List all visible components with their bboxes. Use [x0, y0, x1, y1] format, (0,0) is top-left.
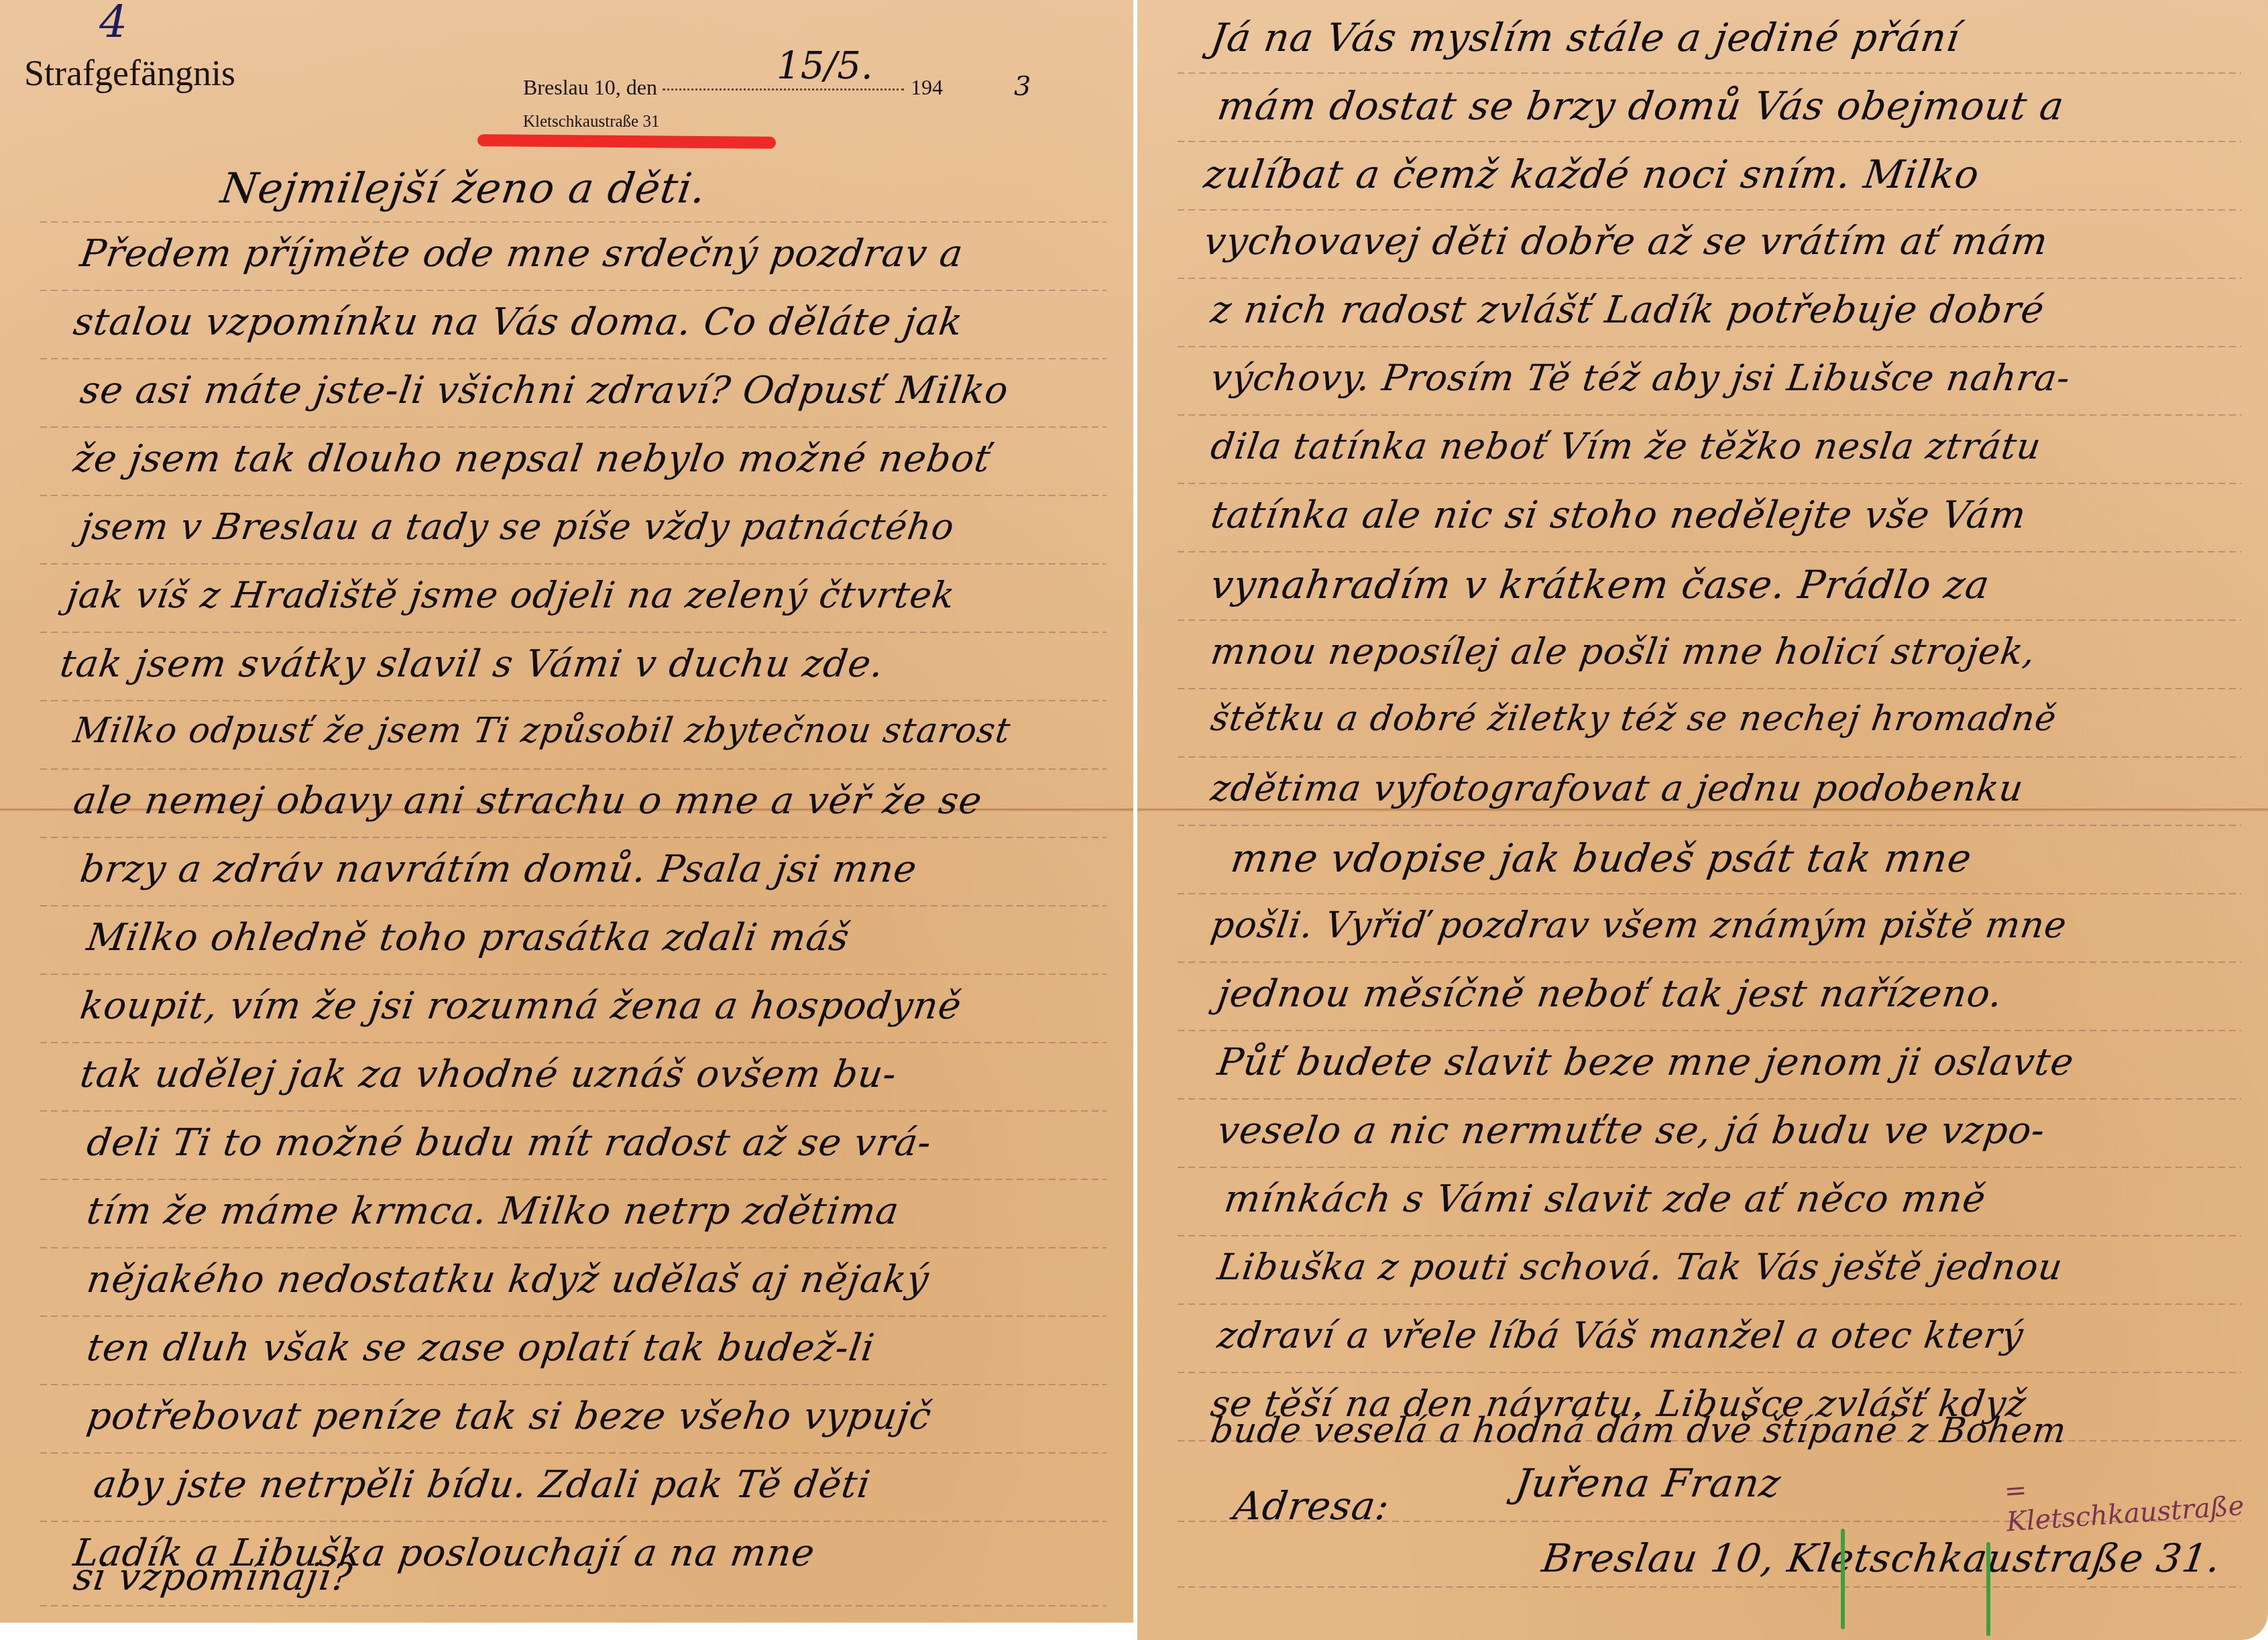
ruled-line — [1178, 141, 2241, 142]
ruled-line — [1178, 756, 2241, 758]
ruled-line — [1178, 1098, 2241, 1100]
text-line: štětku a dobré žiletky též se nechej hro… — [1208, 699, 2059, 739]
ruled-line — [40, 1521, 1107, 1522]
ruled-line — [40, 1179, 1107, 1180]
text-line: zulíbat a čemž každé noci sním. Milko — [1201, 152, 1982, 197]
ruled-line — [1178, 825, 2241, 826]
ruled-line — [1178, 961, 2241, 963]
year-printed: 194 — [911, 75, 943, 99]
ruled-line — [40, 1247, 1107, 1248]
handwritten-year-digit: 3 — [1014, 71, 1031, 102]
ruled-line — [1178, 620, 2241, 621]
text-line: veselo a nic nermuťte se, já budu ve vzp… — [1214, 1109, 2048, 1153]
ruled-line — [1178, 414, 2241, 416]
text-line: ten dluh však se zase oplatí tak budež-l… — [84, 1326, 877, 1370]
ruled-line — [1178, 278, 2241, 279]
text-line: vychovavej děti dobře až se vrátím ať má… — [1201, 220, 2051, 263]
ruled-line — [40, 1315, 1107, 1317]
text-line: tím že máme krmca. Milko netrp zdětima — [84, 1189, 902, 1233]
ruled-line — [40, 1110, 1107, 1112]
text-line: se asi máte jste-li všichni zdraví? Odpu… — [77, 369, 1011, 412]
page-number: 4 — [99, 0, 127, 48]
ruled-line — [40, 905, 1107, 906]
text-line: tak udělej jak za vhodné uznáš ovšem bu- — [77, 1053, 899, 1096]
ruled-line — [1178, 893, 2241, 894]
text-line: výchovy. Prosím Tě též aby jsi Libušce n… — [1208, 357, 2074, 399]
handwritten-date: 15/5. — [777, 44, 873, 88]
text-line: jednou měsíčně neboť tak jest nařízeno. — [1214, 972, 2005, 1016]
text-line: Předem příjměte ode mne srdečný pozdrav … — [77, 232, 966, 276]
ruled-line — [1178, 1372, 2241, 1373]
ruled-line — [1178, 1235, 2241, 1236]
ruled-line — [1178, 1030, 2241, 1031]
text-line: dila tatínka neboť Vím že těžko nesla zt… — [1208, 425, 2044, 467]
text-line: Milko odpusť že jsem Ti způsobil zbytečn… — [71, 711, 1013, 751]
text-line: aby jste netrpěli bídu. Zdali pak Tě dět… — [91, 1463, 873, 1507]
text-line: si vzpomínají? — [70, 1556, 355, 1599]
ruled-line — [1178, 346, 2241, 347]
green-pencil-mark — [1841, 1529, 1845, 1629]
institution-heading: Strafgefängnis — [24, 52, 235, 94]
ruled-line — [40, 768, 1107, 770]
text-line: potřebovat peníze tak si beze všeho vypu… — [84, 1395, 934, 1438]
address-name: Juřena Franz — [1512, 1460, 1784, 1506]
ruled-line — [1178, 72, 2241, 74]
text-line: bude veselá a hodná dám dvě štípané z Bo… — [1208, 1411, 2069, 1451]
text-line: Libuška z pouti schová. Tak Vás ještě je… — [1215, 1246, 2066, 1288]
text-line: jsem v Breslau a tady se píše vždy patná… — [78, 506, 958, 548]
text-line: deli Ti to možné budu mít radost až se v… — [84, 1121, 934, 1165]
green-pencil-mark — [1986, 1542, 1990, 1636]
text-line: Milko ohledně toho prasátka zdali máš — [84, 916, 852, 959]
ruled-line — [1178, 551, 2241, 552]
ruled-line — [40, 1605, 1107, 1606]
letter-page-right: Já na Vás myslím stále a jediné přání má… — [1137, 0, 2268, 1640]
ruled-line — [40, 290, 1107, 291]
text-line: Já na Vás myslím stále a jediné přání — [1208, 15, 1963, 60]
text-line: mnou neposílej ale pošli mne holicí stro… — [1208, 630, 2039, 672]
ruled-line — [1178, 483, 2241, 484]
text-line: brzy a zdráv navrátím domů. Psala jsi mn… — [77, 847, 919, 891]
ruled-line — [40, 700, 1107, 701]
text-line: mám dostat se brzy domů Vás obejmout a — [1214, 83, 2067, 129]
text-line: jak víš z Hradiště jsme odjeli na zelený… — [64, 574, 958, 616]
ruled-line — [40, 632, 1107, 633]
text-line: stalou vzpomínku na Vás doma. Co děláte … — [70, 300, 966, 344]
text-line: zdětima vyfotografovat a jednu podobenku — [1208, 767, 2027, 809]
ruled-line — [40, 495, 1107, 496]
text-line: tatínka ale nic si stoho nedělejte vše V… — [1208, 493, 2029, 537]
ruled-line — [1178, 209, 2241, 211]
city-prefix: Breslau 10, den — [523, 75, 657, 99]
text-line: z nich radost zvlášť Ladík potřebuje dob… — [1208, 288, 2047, 332]
ruled-line — [40, 1384, 1107, 1385]
text-line: Půť budete slavit beze mne jenom ji osla… — [1214, 1041, 2076, 1084]
ruled-line — [40, 1042, 1107, 1043]
letterhead-street: Kletschkaustraße 31 — [523, 113, 659, 131]
text-line: ale nemej obavy ani strachu o mne a věř … — [70, 779, 984, 823]
ruled-line — [40, 837, 1107, 838]
text-line: že jsem tak dlouho nepsal nebylo možné n… — [70, 437, 993, 481]
ruled-line — [1178, 1303, 2241, 1305]
text-line: pošli. Vyřiď pozdrav všem známým piště m… — [1208, 904, 2070, 946]
address-street: Breslau 10, Kletschkaustraße 31. — [1539, 1535, 2224, 1581]
letterhead-place-date: Breslau 10, den194 — [523, 75, 943, 100]
red-underline-mark — [477, 134, 776, 149]
ruled-line — [40, 563, 1107, 565]
letter-page-left: 4 Strafgefängnis Breslau 10, den194 15/5… — [0, 0, 1133, 1623]
text-line: vynahradím v krátkem čase. Prádlo za — [1208, 562, 1992, 607]
ruled-line — [40, 426, 1107, 428]
ruled-line — [40, 358, 1107, 359]
text-line: nějakého nedostatku když udělaš aj nějak… — [84, 1258, 931, 1301]
text-line: koupit, vím že jsi rozumná žena a hospod… — [77, 984, 964, 1028]
text-line: mne vdopise jak budeš psát tak mne — [1228, 835, 1974, 881]
text-line: tak jsem svátky slavil s Vámi v duchu zd… — [57, 642, 887, 686]
ruled-line — [40, 221, 1107, 223]
text-line: zdraví a vřele líbá Váš manžel a otec kt… — [1215, 1314, 2027, 1356]
date-dotted-line — [663, 89, 904, 91]
text-line: mínkách s Vámi slavit zde ať něco mně — [1221, 1177, 1988, 1221]
ruled-line — [1178, 1586, 2241, 1588]
ruled-line — [40, 1452, 1107, 1454]
address-label: Adresa: — [1231, 1483, 1393, 1529]
ruled-line — [1178, 1167, 2241, 1168]
ruled-line — [1178, 688, 2241, 689]
letter-greeting: Nejmilejší ženo a děti. — [218, 164, 710, 213]
ruled-line — [40, 974, 1107, 975]
